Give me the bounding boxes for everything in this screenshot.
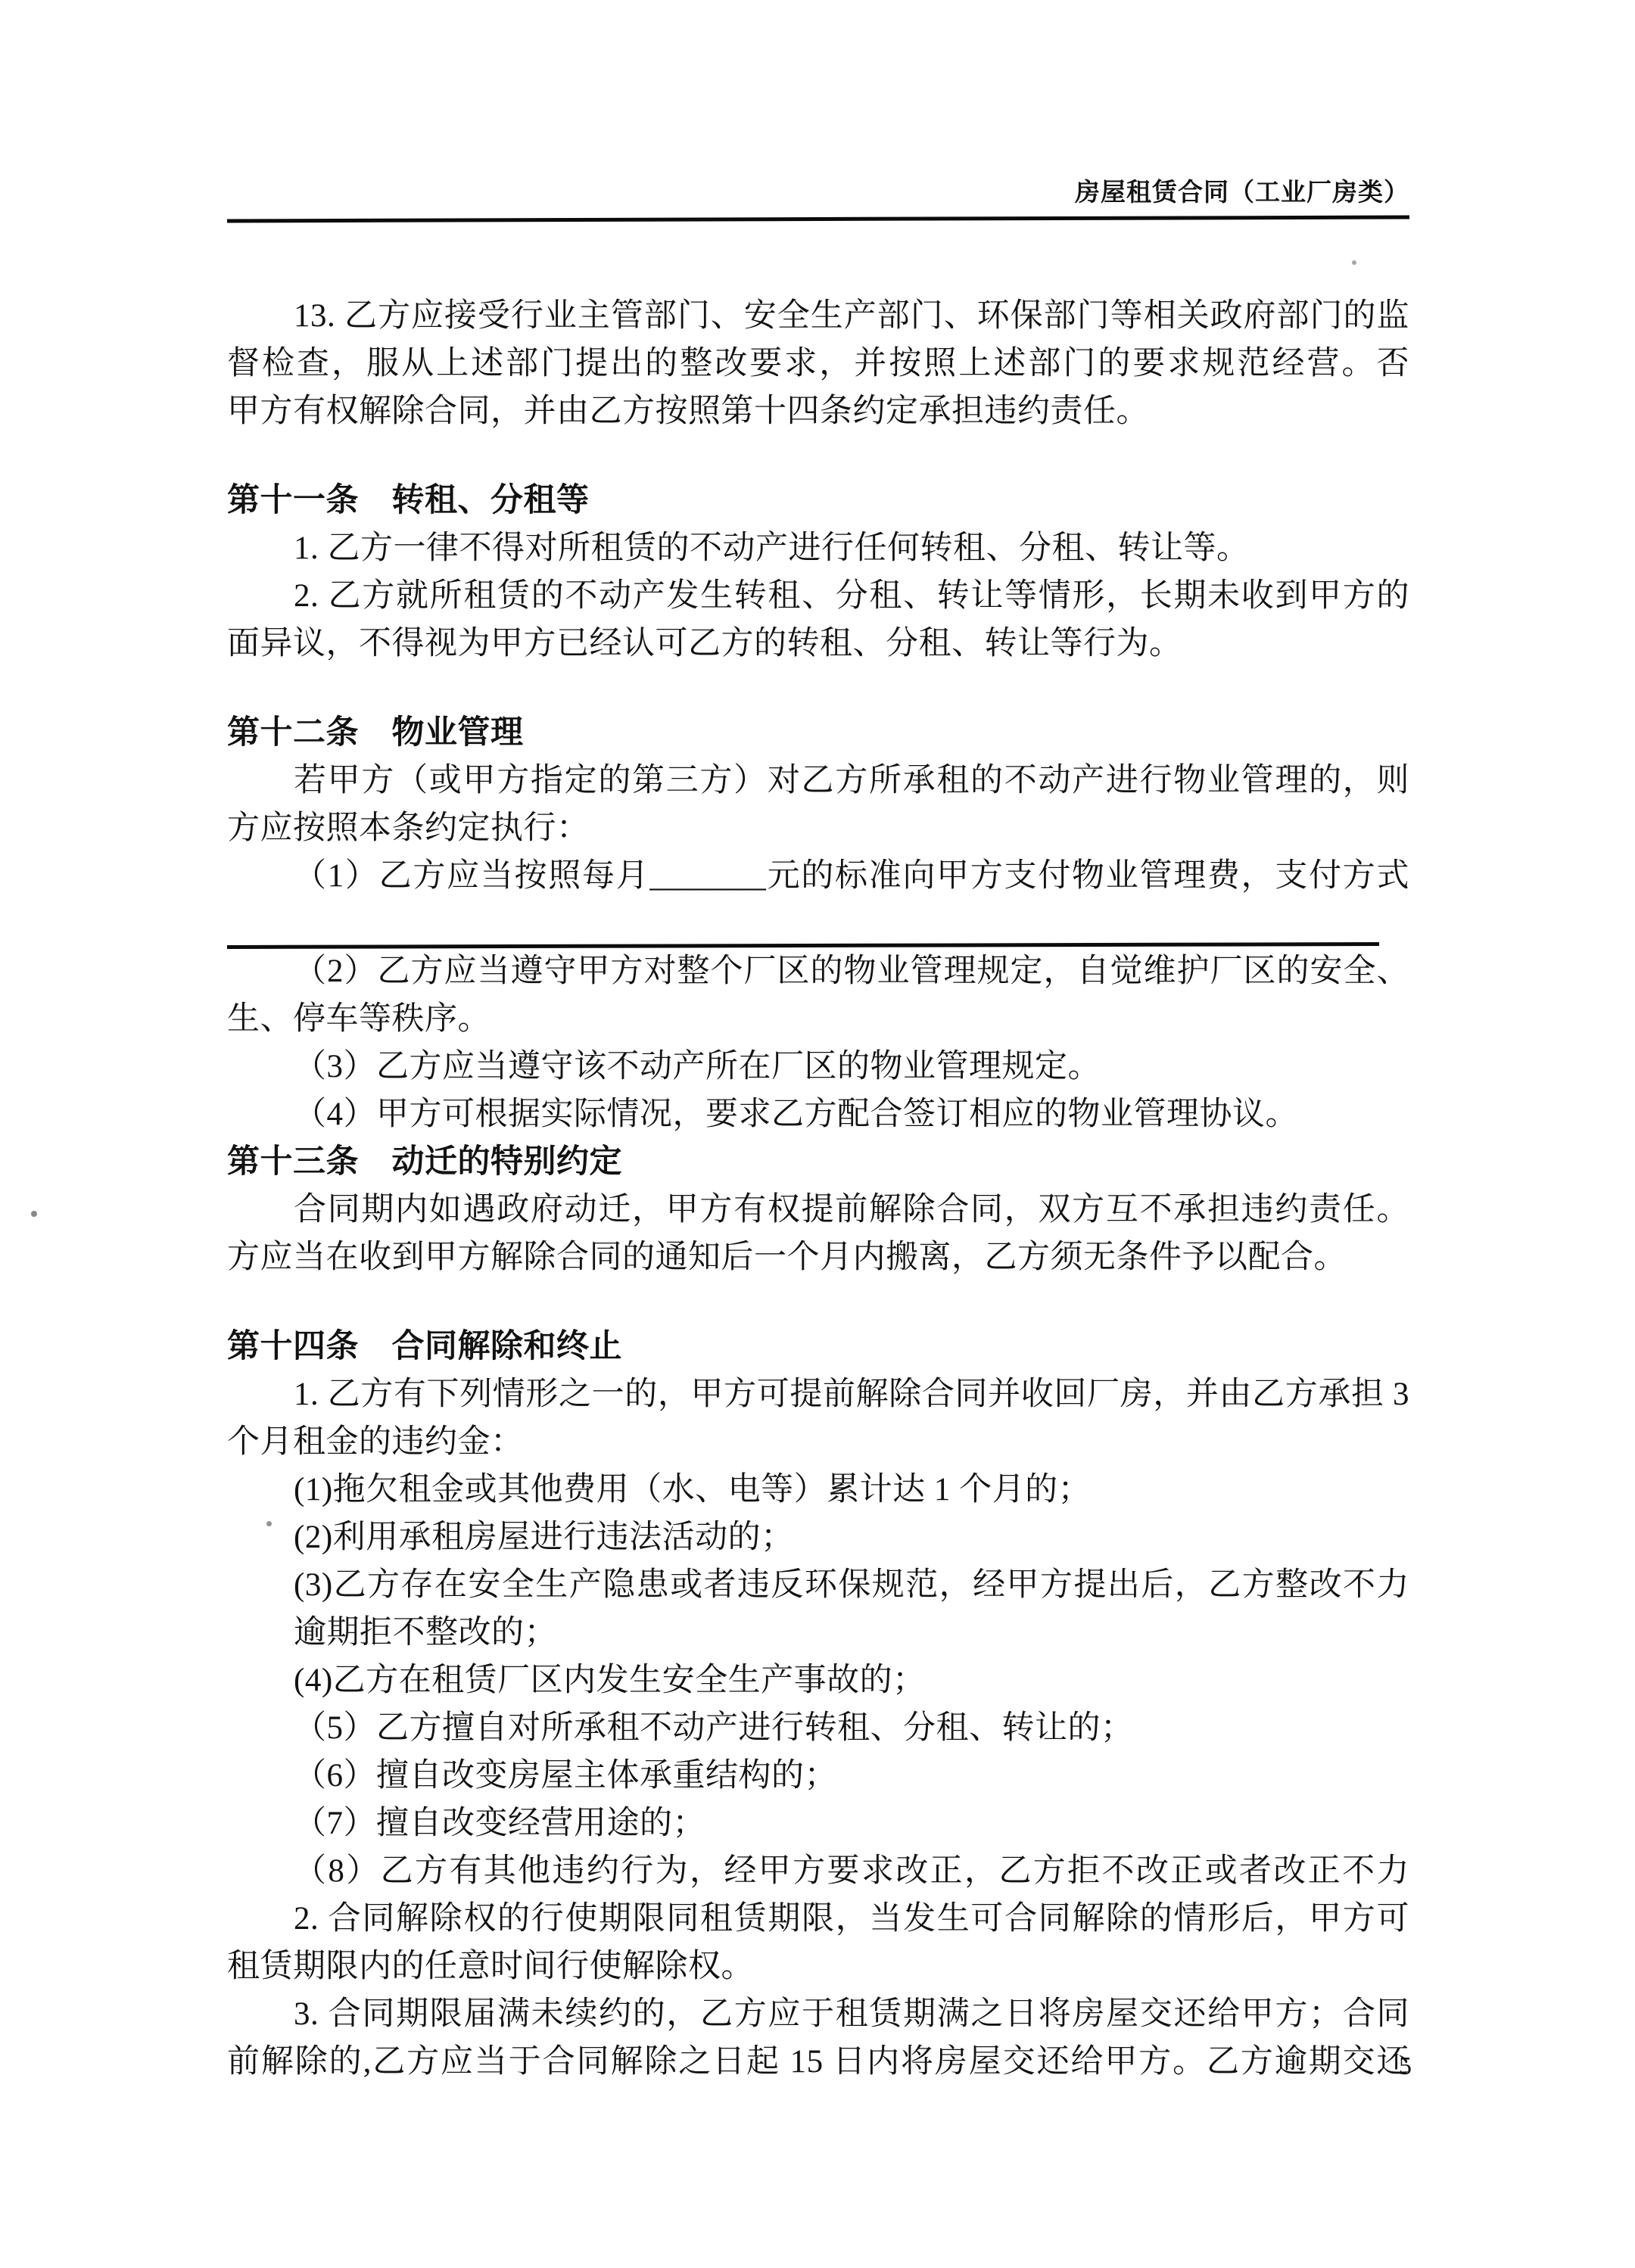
contract-line: （8）乙方有其他违约行为，经甲方要求改正，乙方拒不改正或者改正不力的。 (294, 1850, 1409, 1896)
page-header-title: 房屋租赁合同（工业厂房类） (1075, 173, 1409, 208)
contract-line: 13. 乙方应接受行业主管部门、安全生产部门、环保部门等相关政府部门的监 (294, 295, 1409, 341)
contract-line: 生、停车等秩序。 (227, 998, 490, 1041)
contract-line: 若甲方（或甲方指定的第三方）对乙方所承租的不动产进行物业管理的，则双 (294, 760, 1409, 805)
contract-line: 1. 乙方有下列情形之一的，甲方可提前解除合同并收回厂房，并由乙方承担 3 (294, 1374, 1409, 1419)
contract-line: （6）擅自改变房屋主体承重结构的； (294, 1755, 837, 1797)
scanned-contract-page: 房屋租赁合同（工业厂房类） 13. 乙方应接受行业主管部门、安全生产部门、环保部… (0, 0, 1635, 2268)
header-rule (227, 216, 1409, 223)
contract-line: （2）乙方应当遵守甲方对整个厂区的物业管理规定，自觉维护厂区的安全、卫 (294, 950, 1409, 996)
contract-line: (1)拖欠租金或其他费用（水、电等）累计达 1 个月的； (294, 1469, 1091, 1511)
contract-line: 方应当在收到甲方解除合同的通知后一个月内搬离，乙方须无条件予以配合。 (227, 1237, 1347, 1279)
section-heading: 第十三条 动迁的特别约定 (227, 1141, 622, 1184)
contract-line: 2. 乙方就所租赁的不动产发生转租、分租、转让等情形，长期未收到甲方的书 (294, 575, 1409, 621)
section-heading: 第十一条 转租、分租等 (227, 480, 590, 522)
contract-line: 方应按照本条约定执行： (227, 807, 590, 850)
section-heading: 第十四条 合同解除和终止 (227, 1326, 622, 1368)
scan-artifact-dot (31, 1211, 37, 1217)
contract-line: 督检查，服从上述部门提出的整改要求，并按照上述部门的要求规范经营。否则， (227, 343, 1409, 388)
contract-line: 租赁期限内的任意时间行使解除权。 (227, 1946, 754, 1988)
fill-in-blank-line (227, 942, 1379, 949)
page-number: 5 (1399, 2052, 1412, 2081)
contract-line: 3. 合同期限届满未续约的，乙方应于租赁期满之日将房屋交还给甲方；合同提 (294, 1993, 1409, 2039)
contract-line: (2)利用承租房屋进行违法活动的； (294, 1517, 794, 1559)
contract-line: 面异议，不得视为甲方已经认可乙方的转租、分租、转让等行为。 (227, 623, 1182, 665)
contract-line: 逾期拒不整改的； (294, 1612, 557, 1654)
scan-artifact-dot (1352, 260, 1356, 265)
contract-line: 个月租金的违约金： (227, 1421, 524, 1464)
section-heading: 第十二条 物业管理 (227, 712, 524, 754)
contract-line: 合同期内如遇政府动迁，甲方有权提前解除合同，双方互不承担违约责任。乙 (294, 1189, 1409, 1234)
contract-line: （7）擅自改变经营用途的； (294, 1803, 705, 1845)
contract-line: (4)乙方在租赁厂区内发生安全生产事故的； (294, 1660, 926, 1702)
contract-line: 甲方有权解除合同，并由乙方按照第十四条约定承担违约责任。 (227, 390, 1149, 433)
contract-line: （4）甲方可根据实际情况，要求乙方配合签订相应的物业管理协议。 (294, 1094, 1298, 1136)
scan-artifact-dot (266, 1521, 272, 1526)
contract-line: 1. 乙方一律不得对所租赁的不动产进行任何转租、分租、转让等。 (294, 527, 1250, 570)
contract-line: （5）乙方擅自对所承租不动产进行转租、分租、转让的； (294, 1707, 1134, 1750)
contract-line: 前解除的,乙方应当于合同解除之日起 15 日内将房屋交还给甲方。乙方逾期交还的, (227, 2041, 1409, 2086)
contract-line: 2. 合同解除权的行使期限同租赁期限，当发生可合同解除的情形后，甲方可在 (294, 1898, 1409, 1943)
contract-line: (3)乙方存在安全生产隐患或者违反环保规范，经甲方提出后，乙方整改不力或 (294, 1564, 1409, 1610)
contract-line: （3）乙方应当遵守该不动产所在厂区的物业管理规定。 (294, 1046, 1101, 1088)
contract-line: （1）乙方应当按照每月_______元的标准向甲方支付物业管理费，支付方式为： (294, 855, 1409, 901)
